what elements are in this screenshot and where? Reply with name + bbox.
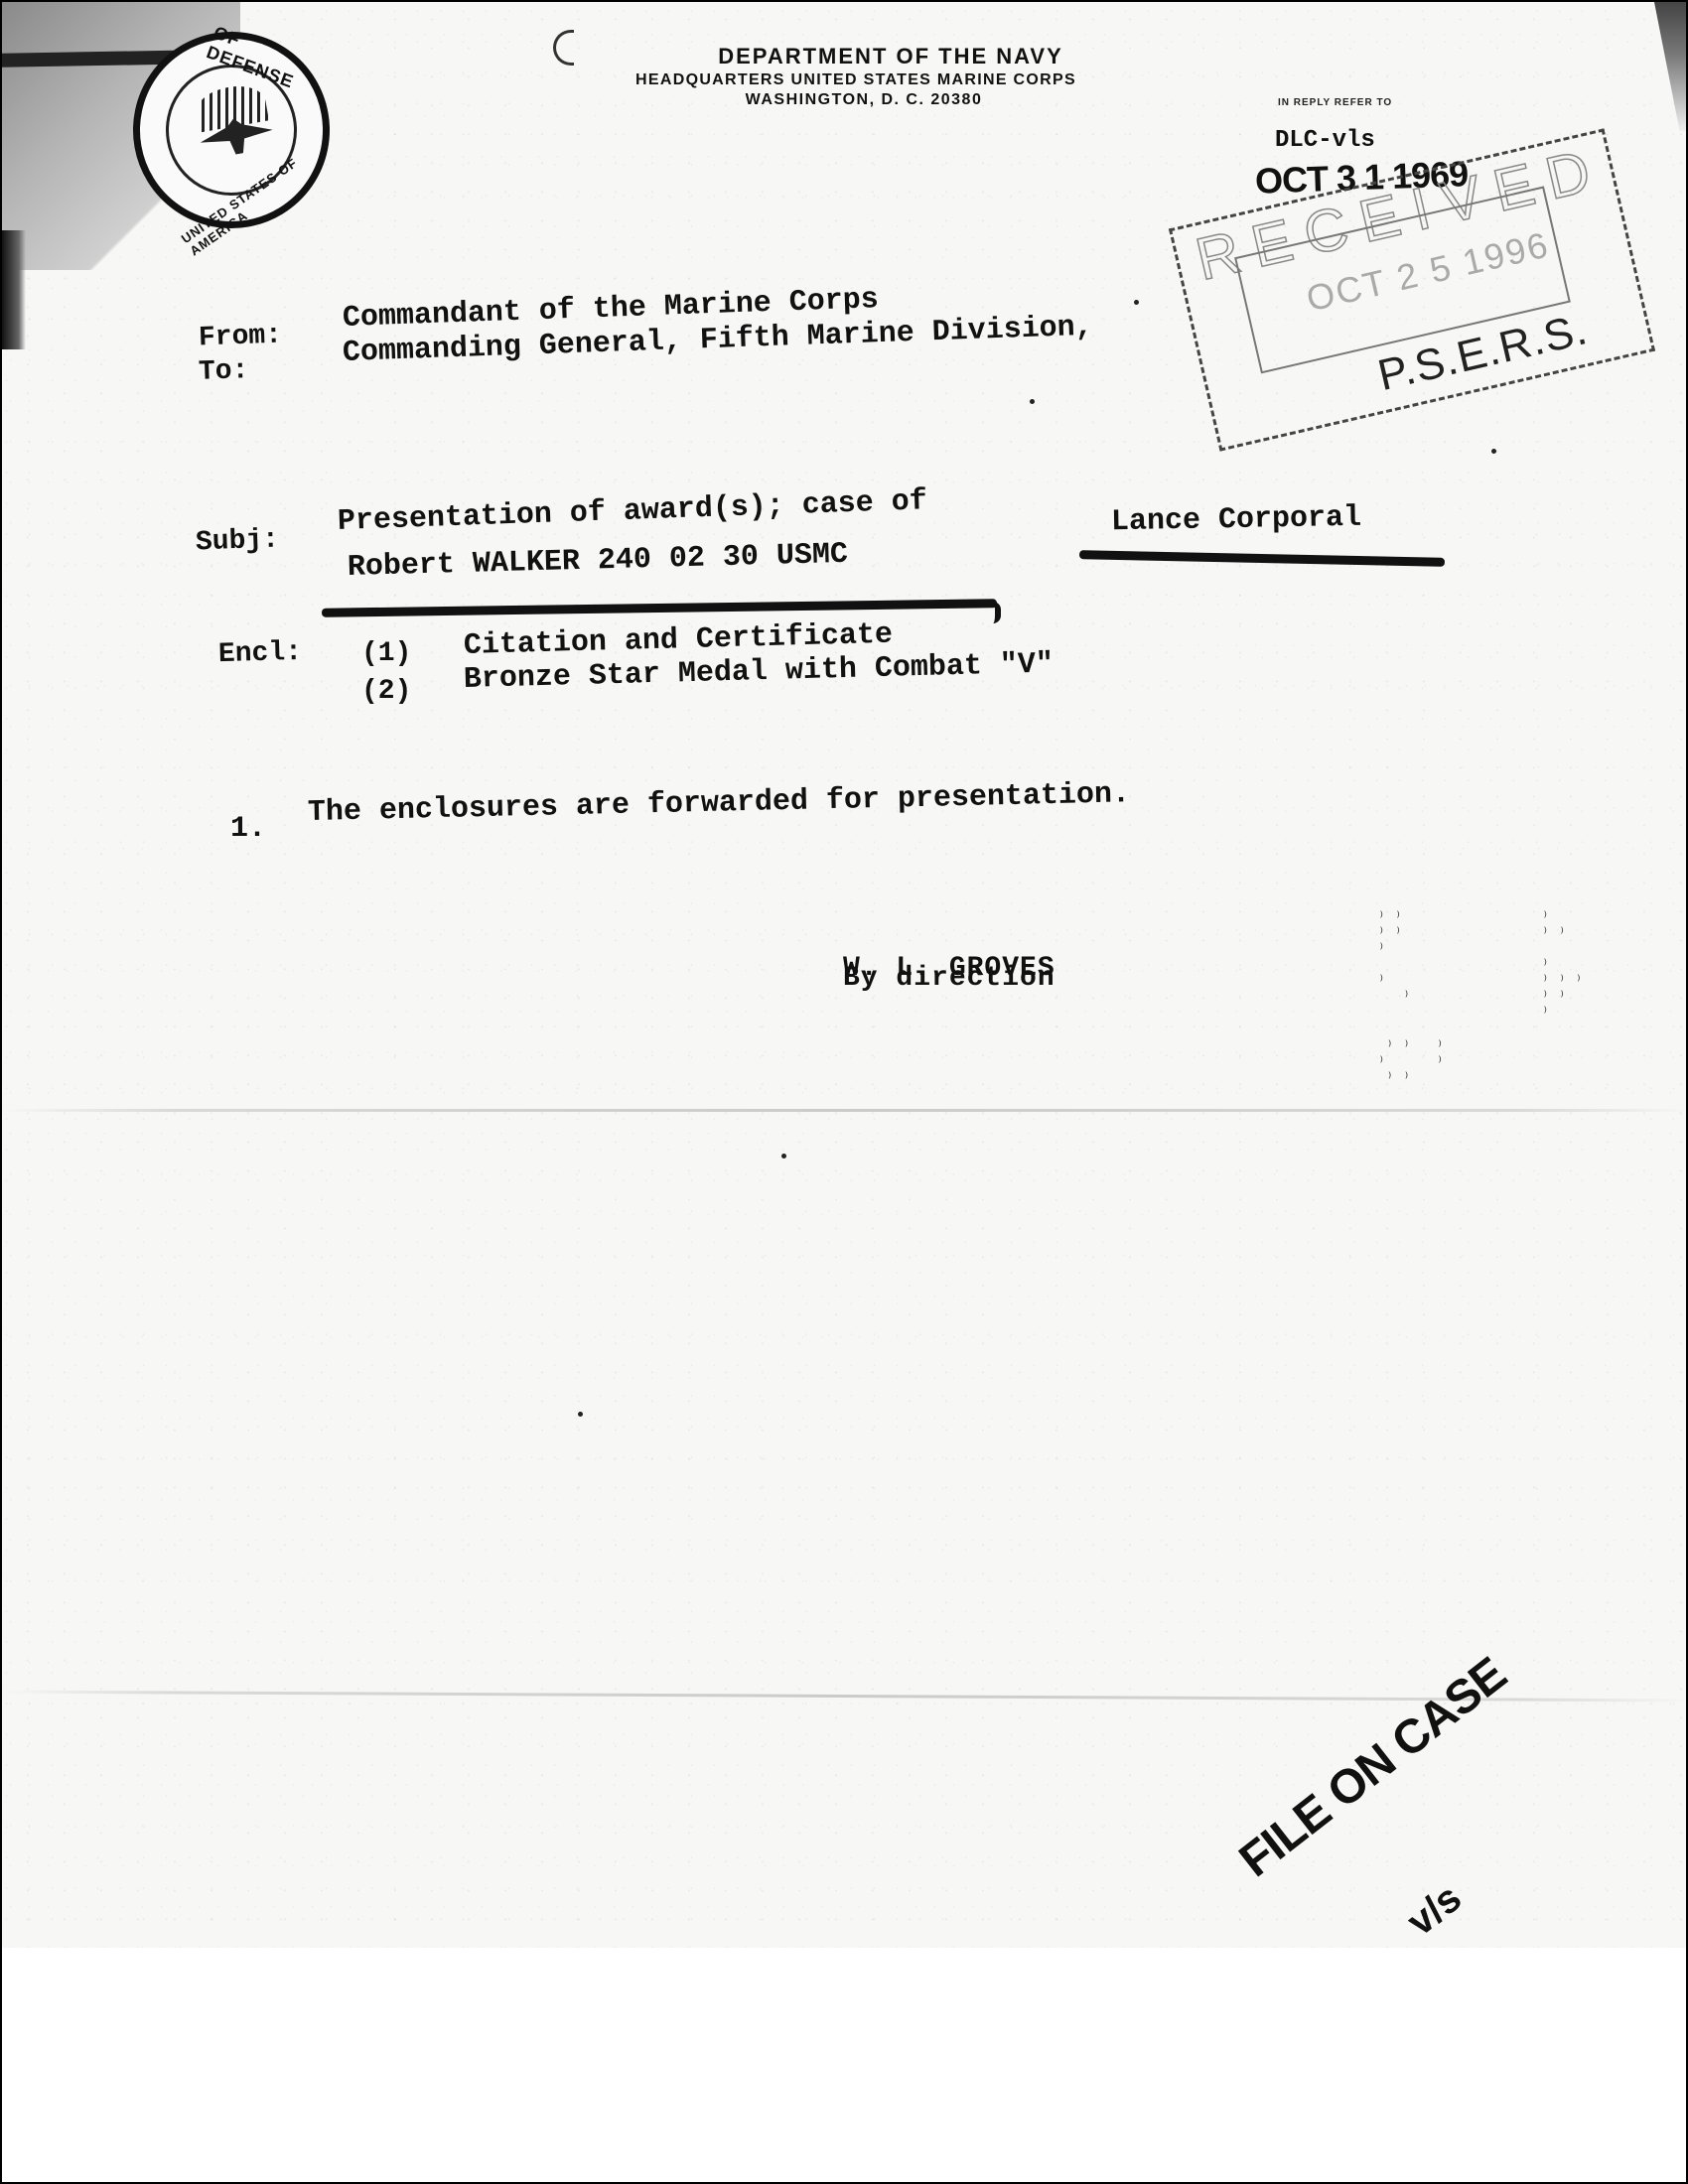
reply-code: DLC-vls	[1275, 127, 1375, 154]
paragraph-number: 1.	[230, 812, 266, 846]
reply-refer-label: IN REPLY REFER TO	[1278, 97, 1392, 108]
enclosure-number: (2)	[361, 676, 411, 707]
subject-label: Subj:	[195, 525, 279, 559]
speck	[578, 1412, 583, 1417]
speck	[1491, 449, 1496, 454]
letterhead: DEPARTMENT OF THE NAVY HEADQUARTERS UNIT…	[498, 44, 1213, 109]
letterhead-department: DEPARTMENT OF THE NAVY	[533, 44, 1248, 69]
stamp-date: OCT 2 5 1996	[1303, 223, 1554, 320]
enclosure-number: (1)	[361, 638, 411, 669]
fold-line	[2, 1109, 1688, 1112]
to-label: To:	[198, 355, 248, 388]
perforation-marks: ⁾ ⁾ ⁾⁾ ⁾ ⁾ ⁾	[1377, 1039, 1444, 1087]
page-edge-shadow	[2, 230, 26, 349]
document-frame: OF DEFENSE UNITED STATES OF AMERICA DEPA…	[0, 0, 1688, 2184]
marker-underline-hook	[985, 602, 1001, 623]
letterhead-headquarters: HEADQUARTERS UNITED STATES MARINE CORPS	[498, 71, 1213, 89]
speck	[1030, 399, 1035, 404]
subject-rank: Lance Corporal	[1111, 501, 1362, 539]
speck	[1134, 300, 1139, 305]
enclosures-label: Encl:	[218, 637, 303, 670]
from-label: From:	[198, 321, 282, 354]
perforation-marks: ⁾⁾ ⁾⁾⁾ ⁾ ⁾⁾ ⁾⁾	[1541, 910, 1583, 1022]
signature-by-direction: By direction	[843, 963, 1055, 994]
letterhead-address: WASHINGTON, D. C. 20380	[506, 91, 1221, 109]
perforation-marks: ⁾ ⁾⁾ ⁾⁾⁾ ⁾	[1377, 910, 1411, 1006]
speck	[781, 1154, 786, 1159]
